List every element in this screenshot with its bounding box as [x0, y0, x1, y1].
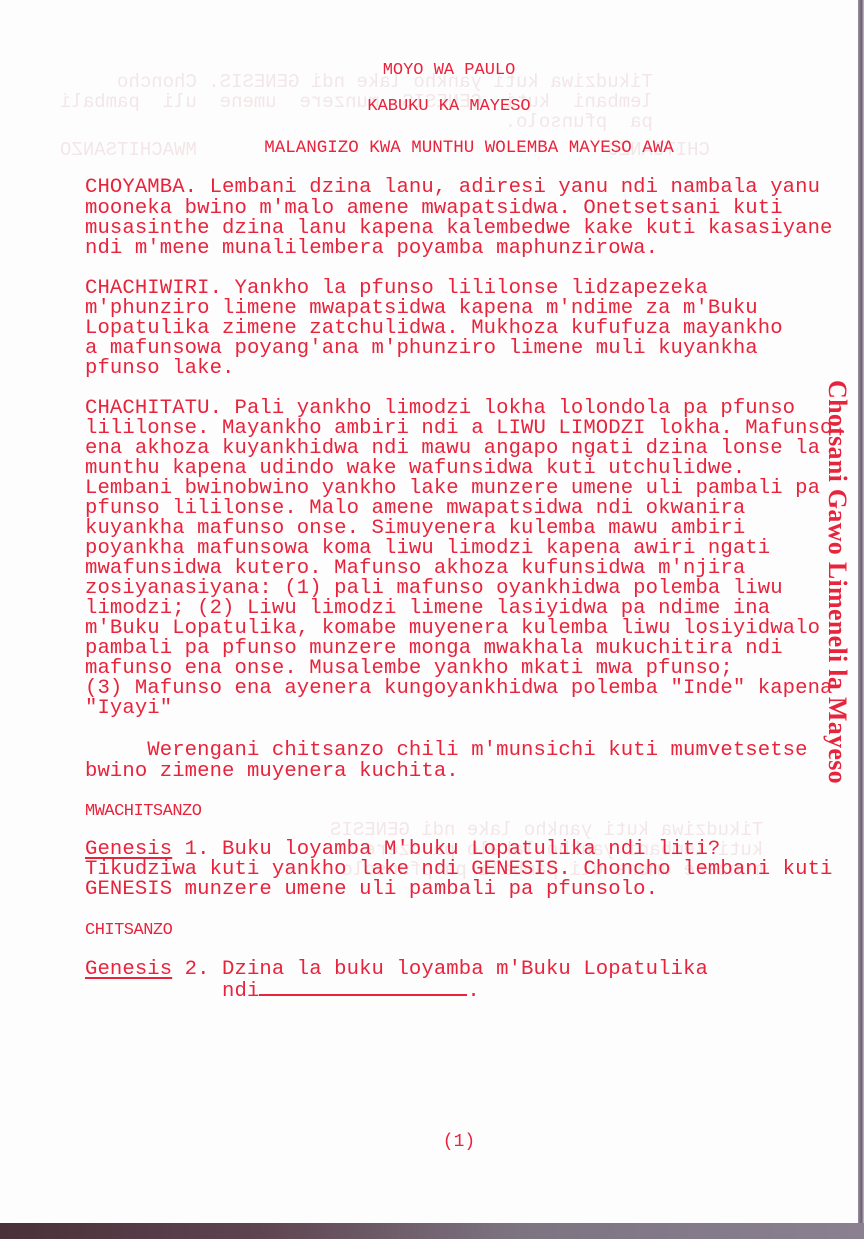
- document-subtitle: KABUKU KA MAYESO: [20, 97, 864, 117]
- tear-off-label: Chotsani Gawo Limeneli la Mayeso: [812, 380, 852, 800]
- paragraph-line: mwafunsidwa kutero. Mafunso akhoza kufun…: [85, 559, 745, 579]
- document-title: MOYO WA PAULO: [20, 61, 864, 81]
- paragraph-line: (3) Mafunso ena ayenera kungoyankhidwa p…: [85, 679, 833, 699]
- paragraph-line: bwino zimene muyenera kuchita.: [85, 762, 459, 782]
- practice-question-2-continuation: ndi.: [85, 980, 480, 1002]
- paragraph-line: m'phunziro limene mwapatsidwa kapena m'n…: [85, 299, 758, 319]
- paragraph-line: kuyankha mafunso onse. Simuyenera kulemb…: [85, 519, 745, 539]
- paragraph-line: m'Buku Lopatulika, komabe muyenera kulem…: [85, 619, 820, 639]
- paragraph-line: mooneka bwino m'malo amene mwapatsidwa. …: [85, 199, 783, 219]
- practice-2-suffix: .: [467, 980, 479, 1003]
- document-page: Tikudziwa kuti yankho lake ndi GENESIS. …: [0, 0, 858, 1223]
- paragraph-line: mafunso ena onse. Musalembe yankho mkati…: [85, 659, 733, 679]
- example-1-explanation-line: GENESIS munzere umene uli pambali pa pfu…: [85, 880, 658, 900]
- practice-2-prefix: ndi: [85, 980, 259, 1003]
- paragraph-line: zosiyanasiyana: (1) pali mafunso oyankhi…: [85, 579, 783, 599]
- practice-heading: CHITSANZO: [85, 921, 172, 941]
- paragraph-line: a mafunsowa poyang'ana m'phunziro limene…: [85, 339, 758, 359]
- instructions-heading: MALANGIZO KWA MUNTHU WOLEMBA MAYESO AWA: [40, 138, 864, 158]
- paragraph-line: pfunso lake.: [85, 359, 235, 379]
- paragraph-line: CHACHITATU. Pali yankho limodzi lokha lo…: [85, 399, 795, 419]
- practice-2-question-text: 2. Dzina la buku loyamba m'Buku Lopatuli…: [172, 958, 708, 981]
- answer-blank-line[interactable]: [259, 980, 467, 996]
- example-1-question: Genesis 1. Buku loyamba M'buku Lopatulik…: [85, 840, 720, 860]
- page-number: (1): [0, 1132, 864, 1152]
- paragraph-line: munthu kapena udindo wake wafunsidwa kut…: [85, 459, 745, 479]
- paragraph-line: pfunso lililonse. Malo amene mwapatsidwa…: [85, 499, 745, 519]
- paragraph-line: CHOYAMBA. Lembani dzina lanu, adiresi ya…: [85, 178, 820, 198]
- page-edge-bottom: [0, 1223, 864, 1239]
- paragraph-line: pambali pa pfunso munzere monga mwakhala…: [85, 639, 783, 659]
- paragraph-line: "Iyayi": [85, 699, 172, 719]
- paragraph-line: ndi m'mene munalilembera poyamba maphunz…: [85, 239, 658, 259]
- paragraph-line: Werengani chitsanzo chili m'munsichi kut…: [85, 741, 808, 761]
- paragraph-line: poyankha mafunsowa koma liwu limodzi kap…: [85, 539, 770, 559]
- examples-heading: MWACHITSANZO: [85, 802, 201, 822]
- practice-question-2: Genesis 2. Dzina la buku loyamba m'Buku …: [85, 960, 708, 980]
- paragraph-line: CHACHIWIRI. Yankho la pfunso lililonse l…: [85, 279, 708, 299]
- example-1-explanation-line: Tikudziwa kuti yankho lake ndi GENESIS. …: [85, 860, 833, 880]
- paragraph-line: musasinthe dzina lanu kapena kalembedwe …: [85, 219, 833, 239]
- paragraph-line: Lembani bwinobwino yankho lake munzere u…: [85, 479, 820, 499]
- practice-2-answer: Genesis: [85, 958, 172, 981]
- paragraph-line: lililonse. Mayankho ambiri ndi a LIWU LI…: [85, 419, 833, 439]
- page-edge-right: [858, 0, 864, 1239]
- paragraph-line: ena akhoza kuyankhidwa ndi mawu angapo n…: [85, 439, 820, 459]
- paragraph-line: limodzi; (2) Liwu limodzi limene lasiyid…: [85, 599, 770, 619]
- paragraph-line: Lopatulika zimene zatchulidwa. Mukhoza k…: [85, 319, 783, 339]
